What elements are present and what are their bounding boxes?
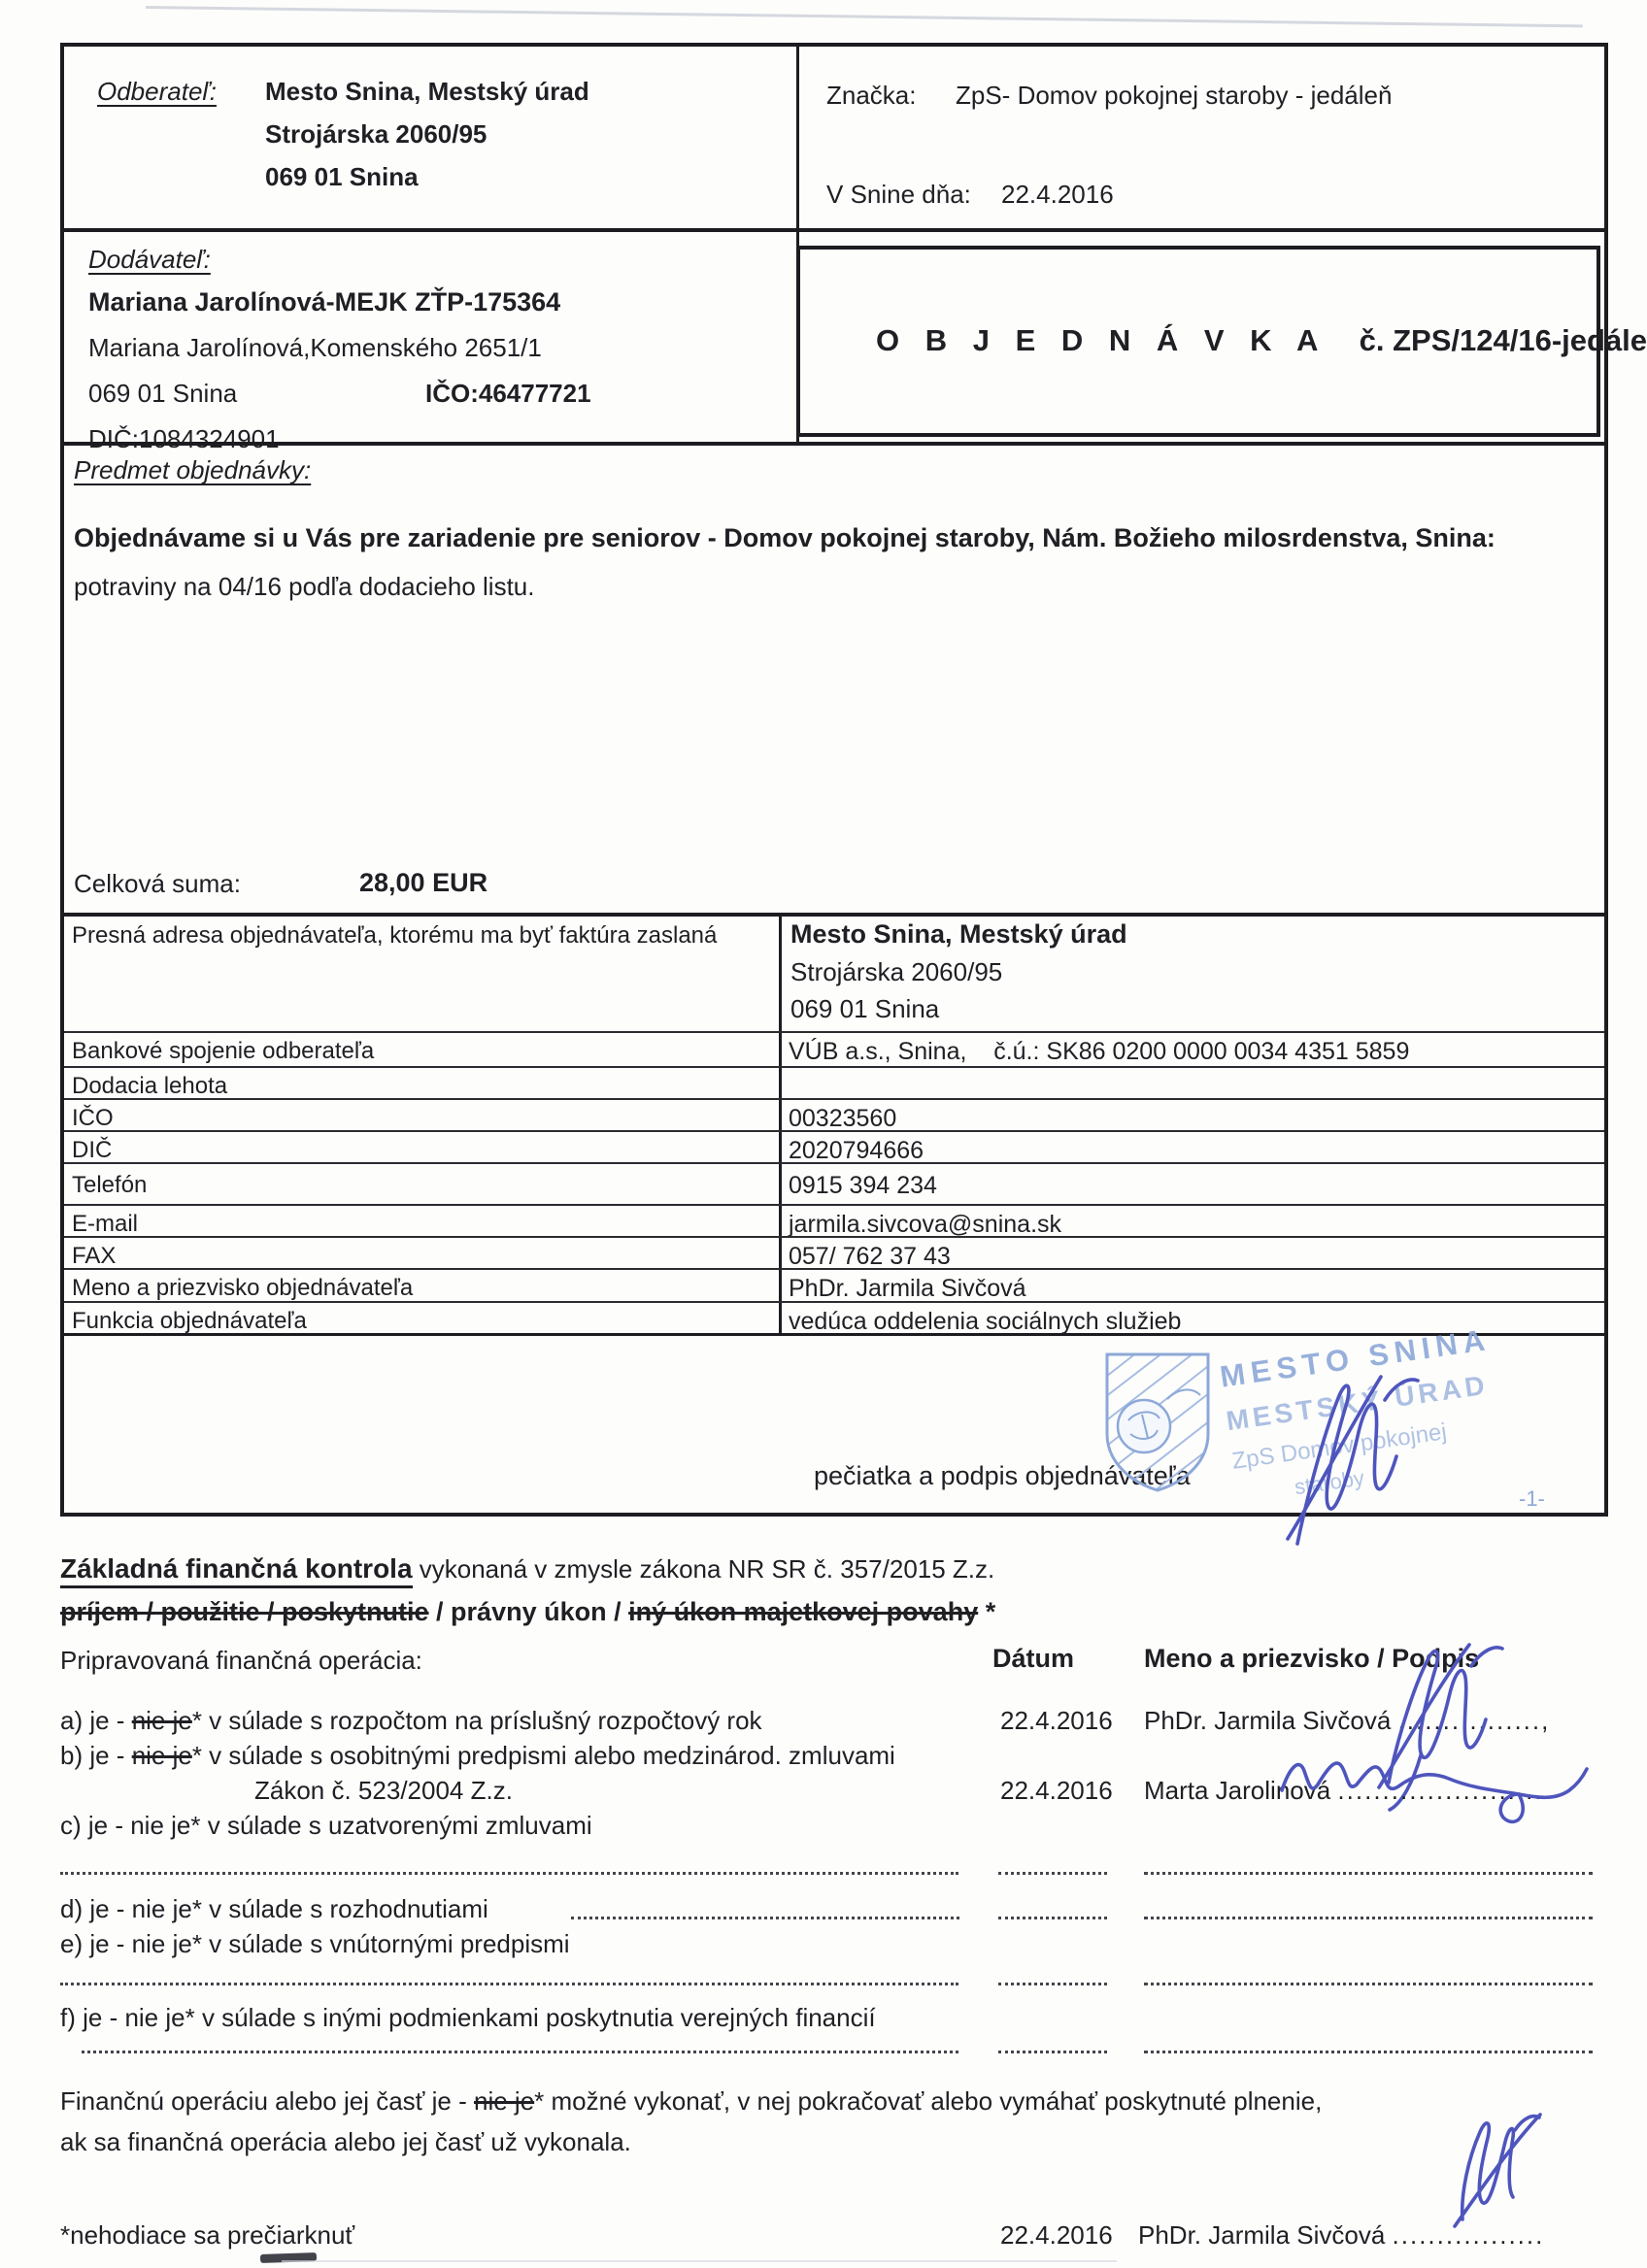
- control-row-a: a) je - nie je* v súlade s rozpočtom na …: [60, 1705, 762, 1737]
- invoice-address-city: 069 01 Snina: [790, 993, 939, 1025]
- footer-line1-post: * možné vykonať, v nej pokračovať alebo …: [534, 2086, 1322, 2116]
- footer-sign-date: 22.4.2016: [1000, 2219, 1113, 2251]
- table-row-label: Meno a priezvisko objednávateľa: [72, 1274, 413, 1303]
- table-row-label: Funkcia objednávateľa: [72, 1307, 307, 1336]
- row-b-post: * v súlade s osobitnými predpismi alebo …: [192, 1741, 895, 1770]
- invoice-address-name: Mesto Snina, Mestský úrad: [790, 918, 1127, 951]
- table-divider: [64, 1268, 1604, 1270]
- footer-line1-strike: nie je: [474, 2086, 534, 2116]
- table-divider: [64, 1236, 1604, 1238]
- supplier-city: 069 01 Snina: [88, 378, 237, 410]
- supplier-dic: DIČ:1084324901: [88, 423, 280, 455]
- dotted-line: [998, 1983, 1107, 1985]
- divider-row2-bottom: [64, 442, 1604, 446]
- dotted-line: [998, 1872, 1107, 1875]
- prepared-operation-label: Pripravovaná finančná operácia:: [60, 1645, 422, 1677]
- order-title: O B J E D N Á V K A: [876, 323, 1327, 357]
- dotted-line: [60, 1983, 958, 1985]
- table-row-label: Bankové spojenie odberateľa: [72, 1037, 374, 1066]
- dotted-line: [1144, 2051, 1593, 2053]
- signature-sivcova-bottom: [1426, 2105, 1562, 2236]
- footer-sign-name: PhDr. Jarmila Sivčová: [1138, 2220, 1393, 2250]
- footer-line1-pre: Finančnú operáciu alebo jej časť je -: [60, 2086, 474, 2116]
- table-divider: [64, 1301, 1604, 1303]
- sign-b-date: 22.4.2016: [1000, 1775, 1113, 1807]
- reference-label: Značka:: [826, 80, 917, 112]
- control-row-b2: Zákon č. 523/2004 Z.z.: [254, 1775, 513, 1807]
- table-row-label: E-mail: [72, 1210, 138, 1239]
- supplier-address: Mariana Jarolínová,Komenského 2651/1: [88, 332, 542, 364]
- table-row-label: Telefón: [72, 1171, 147, 1200]
- table-row-label: DIČ: [72, 1136, 112, 1165]
- table-row-value: 0915 394 234: [789, 1171, 937, 1201]
- table-row-label: Dodacia lehota: [72, 1072, 227, 1101]
- dotted-line: [1144, 1983, 1593, 1985]
- control-title: Základná finančná kontrola: [60, 1553, 413, 1588]
- signature-jarolinova: [1272, 1730, 1593, 1837]
- dotted-line: [998, 1917, 1107, 1919]
- stamp-signature: [1229, 1359, 1462, 1553]
- dotted-line: [60, 1872, 958, 1875]
- row-b-pre: b) je -: [60, 1741, 132, 1770]
- dotted-line: [998, 2051, 1107, 2053]
- subject-text-bold: Objednávame si u Vás pre zariadenie pre …: [74, 522, 1589, 555]
- table-row-label: FAX: [72, 1242, 116, 1271]
- table-vertical-divider: [779, 913, 782, 1333]
- control-title-line: Základná finančná kontrola vykonaná v zm…: [60, 1551, 994, 1585]
- column-header-date: Dátum: [992, 1643, 1074, 1676]
- table-divider: [64, 1204, 1604, 1206]
- control-title-rest: vykonaná v zmysle zákona NR SR č. 357/20…: [413, 1554, 995, 1584]
- scan-artifact-bottom-line: [282, 2260, 1117, 2262]
- customer-label: Odberateľ:: [97, 76, 217, 108]
- control-row-e: e) je - nie je* v súlade s vnútornými pr…: [60, 1928, 570, 1960]
- total-label: Celková suma:: [74, 868, 241, 900]
- control-type-mid: / právny úkon /: [429, 1597, 629, 1626]
- table-divider: [64, 1130, 1604, 1132]
- order-form-box: Odberateľ: Mesto Snina, Mestský úrad Str…: [60, 43, 1608, 1517]
- divider-row1-bottom: [64, 228, 1604, 232]
- dotted-line: [571, 1917, 959, 1919]
- control-row-f: f) je - nie je* v súlade s inými podmien…: [60, 2002, 876, 2034]
- dotted-line: [82, 2051, 958, 2053]
- row-b-strike: nie je: [132, 1741, 192, 1770]
- row-a-strike: nie je: [132, 1706, 192, 1735]
- stamp-page-mark: -1-: [1519, 1485, 1545, 1513]
- footer-line1: Finančnú operáciu alebo jej časť je - ni…: [60, 2085, 1322, 2118]
- dotted-line: [1144, 1917, 1593, 1919]
- scanned-order-document: Odberateľ: Mesto Snina, Mestský úrad Str…: [0, 0, 1647, 2268]
- table-row-value: VÚB a.s., Snina, č.ú.: SK86 0200 0000 00…: [789, 1037, 1409, 1067]
- table-row-value: PhDr. Jarmila Sivčová: [789, 1274, 1026, 1304]
- subject-text: potraviny na 04/16 podľa dodacieho listu…: [74, 571, 1589, 603]
- control-type-strike2: iný úkon majetkovej povahy: [628, 1597, 978, 1626]
- supplier-name: Mariana Jarolínová-MEJK ZŤP-175364: [88, 286, 560, 319]
- control-type-strike1: príjem / použitie / poskytnutie: [60, 1597, 429, 1626]
- footnote: *nehodiace sa prečiarknuť: [60, 2219, 354, 2251]
- dotted-line: [1144, 1872, 1593, 1875]
- reference-value: ZpS- Domov pokojnej staroby - jedáleň: [956, 80, 1392, 112]
- sign-a-date: 22.4.2016: [1000, 1705, 1113, 1737]
- city-crest-stamp-icon: [1099, 1349, 1216, 1496]
- divider-table-top: [64, 913, 1604, 917]
- control-row-d: d) je - nie je* v súlade s rozhodnutiami: [60, 1893, 488, 1925]
- supplier-ico: IČO:46477721: [425, 378, 591, 410]
- order-number: č. ZPS/124/16-jedáleň: [1360, 323, 1647, 357]
- date-value: 22.4.2016: [1001, 179, 1114, 211]
- invoice-address-street: Strojárska 2060/95: [790, 956, 1002, 988]
- customer-name: Mesto Snina, Mestský úrad: [265, 76, 589, 108]
- subject-label: Predmet objednávky:: [74, 454, 311, 486]
- table-divider: [64, 1098, 1604, 1100]
- supplier-label: Dodávateľ:: [88, 244, 211, 276]
- footer-line2: ak sa finančná operácia alebo jej časť u…: [60, 2126, 631, 2158]
- control-row-b: b) je - nie je* v súlade s osobitnými pr…: [60, 1740, 895, 1772]
- table-row-label: Presná adresa objednávateľa, ktorému ma …: [72, 921, 761, 951]
- table-divider: [64, 1031, 1604, 1033]
- customer-city: 069 01 Snina: [265, 161, 419, 193]
- date-label: V Snine dňa:: [826, 179, 971, 211]
- row-a-post: * v súlade s rozpočtom na príslušný rozp…: [192, 1706, 762, 1735]
- table-row-label: IČO: [72, 1104, 114, 1133]
- control-type-line: príjem / použitie / poskytnutie / právny…: [60, 1596, 995, 1629]
- divider-row1-vertical: [796, 47, 799, 228]
- control-type-end: *: [978, 1597, 995, 1626]
- table-divider: [64, 1162, 1604, 1164]
- customer-street: Strojárska 2060/95: [265, 118, 487, 150]
- total-value: 28,00 EUR: [359, 867, 487, 900]
- order-title-box: O B J E D N Á V K A č. ZPS/124/16-jedále…: [796, 246, 1600, 437]
- divider-stamp-top: [64, 1333, 1604, 1336]
- row-a-pre: a) je -: [60, 1706, 132, 1735]
- table-divider: [64, 1066, 1604, 1068]
- scan-artifact-top-line: [146, 6, 1583, 27]
- control-row-c: c) je - nie je* v súlade s uzatvorenými …: [60, 1810, 592, 1842]
